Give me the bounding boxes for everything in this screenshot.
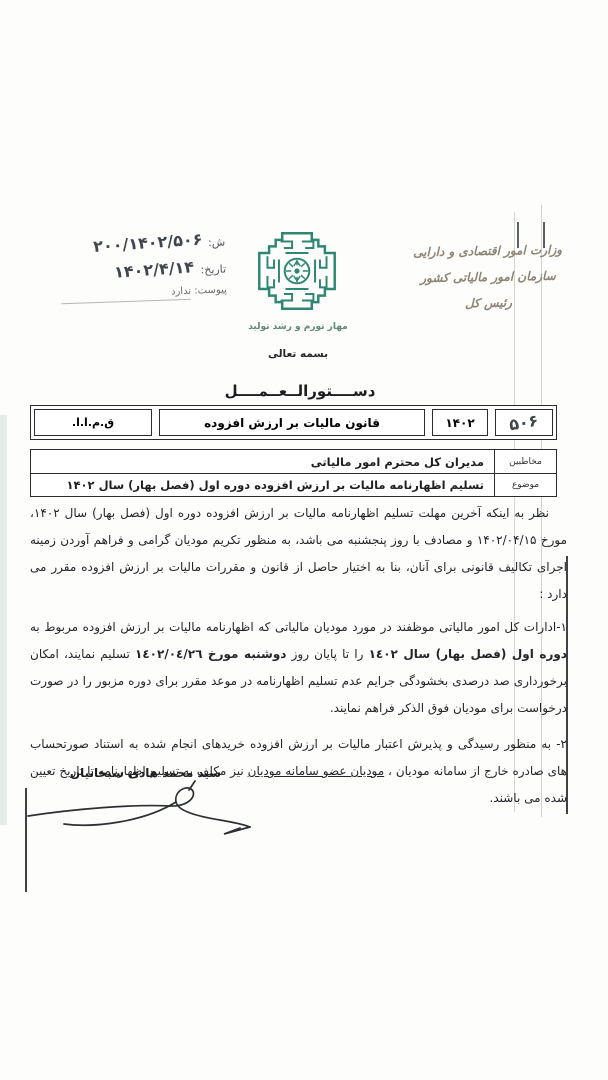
letterhead-block: وزارت امور اقتصادی و دارایی سازمان امور … xyxy=(387,236,588,317)
directive-year-cell: ۱۴۰۲ xyxy=(432,409,488,436)
directive-number-cell: ۵۰۶ xyxy=(495,409,553,436)
attachment-note: پیوست: ندارد xyxy=(27,284,227,302)
signature-scribble xyxy=(24,778,264,844)
letter-date-line: تاریخ: ۱۴۰۲/۴/۱۴ xyxy=(26,258,227,284)
letterhead-organization: سازمان امور مالیاتی کشور xyxy=(388,262,588,291)
paragraph-clause-1: ۱-ادارات کل امور مالیاتی موظفند در مورد … xyxy=(30,614,567,722)
registration-stamp: ش: ۲۰۰/۱۴۰۲/۵۰۶ تاریخ: ۱۴۰۲/۴/۱۴ پیوست: … xyxy=(25,231,227,306)
addressees-label: مخاطبین xyxy=(494,450,556,473)
law-abbreviation-cell: ق.م.ا.ا. xyxy=(34,409,152,436)
tax-administration-emblem-icon xyxy=(256,229,338,313)
letter-date-label: تاریخ: xyxy=(200,263,226,277)
scanned-letter-page: ش: ۲۰۰/۱۴۰۲/۵۰۶ تاریخ: ۱۴۰۲/۴/۱۴ پیوست: … xyxy=(0,0,608,1080)
info-table: مخاطبین مدیران کل محترم امور مالیاتی موض… xyxy=(30,449,557,497)
letter-date-value: ۱۴۰۲/۴/۱۴ xyxy=(114,257,195,282)
letter-number-label: ش: xyxy=(208,236,226,250)
organization-slogan: مهار تورم و رشد تولید xyxy=(230,322,366,332)
subject-value: تسلیم اظهارنامه مالیات بر ارزش افزوده دو… xyxy=(31,474,494,496)
subject-row: موضوع تسلیم اظهارنامه مالیات بر ارزش افز… xyxy=(31,473,556,496)
directive-number-handwritten: ۵۰۶ xyxy=(508,411,540,435)
letterhead-role: رئیس کل xyxy=(388,288,588,317)
letter-number-value: ۲۰۰/۱۴۰۲/۵۰۶ xyxy=(92,229,202,256)
law-title-cell: قانون مالیات بر ارزش افزوده xyxy=(159,409,425,436)
addressees-row: مخاطبین مدیران کل محترم امور مالیاتی xyxy=(31,450,556,473)
besmellah-text: بسمه تعالی xyxy=(251,348,345,360)
paragraph-preamble: نظر به اینکه آخرین مهلت تسلیم اظهارنامه … xyxy=(30,500,567,608)
directive-title: دســــتورالــعــمــــل xyxy=(150,382,450,400)
letterhead-ministry: وزارت امور اقتصادی و دارایی xyxy=(387,236,587,265)
subject-label: موضوع xyxy=(494,474,556,496)
letter-number-line: ش: ۲۰۰/۱۴۰۲/۵۰۶ xyxy=(25,231,226,257)
reference-table: ۵۰۶ ۱۴۰۲ قانون مالیات بر ارزش افزوده ق.م… xyxy=(30,405,557,440)
scan-edge-tint xyxy=(0,415,7,825)
addressees-value: مدیران کل محترم امور مالیاتی xyxy=(31,450,494,473)
